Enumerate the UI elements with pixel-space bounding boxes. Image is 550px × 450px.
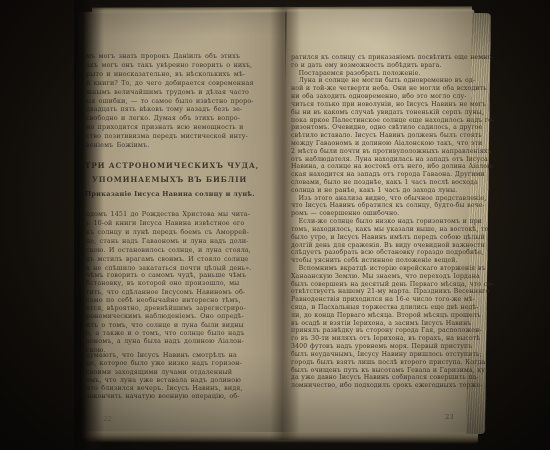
text-line: ризонтомъ. Очевидно, одно свѣтило садило… bbox=[291, 124, 471, 132]
book-photo: мъ могъ знать пророкъ Даніилъ объ этихъа… bbox=[0, 0, 550, 450]
text-line: само по себѣ необычайно интересно тѣмъ, bbox=[86, 296, 282, 304]
text-line: ломничество, ибо подходилъ срокъ ежегодн… bbox=[291, 382, 471, 390]
text-line: тить, что сдѣланное Іисусомъ Навиномъ об… bbox=[86, 288, 282, 296]
text-line: своими заходящими лучами отдаленный bbox=[86, 368, 282, 376]
text-line: двадцать пять вѣковъ тому назадъ безъ зе… bbox=[86, 105, 282, 114]
text-line: ская находится на западъ отъ города Гава… bbox=[291, 171, 471, 179]
text-line: дъ мстилъ врагамъ своимъ. И стояло солнц… bbox=[86, 255, 282, 264]
text-line: свѣтило вставало. Іисусъ Навинъ долженъ … bbox=[291, 132, 471, 140]
text-line: отвѣтствуетъ нашему 21-му марта. Праздни… bbox=[291, 288, 471, 296]
text-line: бстановку, въ которой оно произошло, мы bbox=[86, 279, 282, 287]
text-line: но приходится признать всю немощность и bbox=[86, 123, 282, 132]
text-line: це, которое было уже низко надъ горизон- bbox=[86, 359, 282, 367]
text-line: Изъ этого анализа видно, что обычное пре… bbox=[291, 195, 471, 203]
text-line: го и дать ему возможность побѣдить врага… bbox=[291, 62, 471, 70]
text-line: ромъ — совершенно ошибочно. bbox=[291, 210, 471, 218]
left-page-top-paragraph: мъ могъ знать пророкъ Даніилъ объ этихъа… bbox=[86, 52, 282, 150]
text-line: одомъ 1451 до Рождества Христова мы чита… bbox=[86, 210, 282, 219]
text-line: итъ о томъ, что солнце и луна были видны bbox=[86, 321, 282, 329]
text-line: словами, было не позднѣе, какъ 1 часъ по… bbox=[291, 179, 471, 187]
text-line: 2 мѣста были почти въ противуположныхъ н… bbox=[291, 148, 471, 156]
text-line: Равноденствія приходился на 16-е число т… bbox=[291, 296, 471, 304]
text-line: чѣмъ говорить о самомъ чудѣ, раньше чѣмъ bbox=[86, 271, 282, 279]
text-line: веніемъ Божіимъ. bbox=[86, 141, 282, 150]
text-line: жнымъ величайшимъ трудомъ и дѣлая часто bbox=[86, 88, 282, 97]
text-line: ратился къ солнцу съ приказаніемъ посвѣт… bbox=[291, 54, 471, 62]
text-line: въ осадѣ и взятіи Іерихона, а засимъ Іис… bbox=[291, 320, 471, 328]
text-line: чтобы уяснить себѣ истинное положеніе ве… bbox=[291, 257, 471, 265]
text-line: Луна и солнце не могли быть одновременно… bbox=[291, 77, 471, 85]
page-number-right: 23 bbox=[445, 413, 454, 421]
text-line: что Іисусъ Навинъ обратился къ солнцу, б… bbox=[291, 202, 471, 210]
chapter-subheading: Приказаніе Іисуса Навина солнцу и лунѣ. bbox=[85, 190, 255, 198]
right-page-text: ратился къ солнцу съ приказаніемъ посвѣт… bbox=[291, 54, 471, 390]
text-line: читься только при новолуніи, но Іисусъ Н… bbox=[291, 101, 471, 109]
text-line: ство позитивизма передъ мистической инту… bbox=[86, 132, 282, 141]
text-line: скою. И остановилось солнце, и луна стоя… bbox=[86, 246, 282, 255]
text-line: думаютъ, что Іисусъ Навинъ смотрѣлъ на bbox=[86, 351, 282, 359]
text-line: отъ наблюдателя. Луна находилась на запа… bbox=[291, 156, 471, 164]
text-line: солнца и не ранѣе, какъ 1 часъ до захода… bbox=[291, 187, 471, 195]
text-line: ъ 10-ой книги Іисуса Навина извѣстное ег… bbox=[86, 219, 282, 228]
chapter-heading-line2: УПОМИНАЕМЫХЪ ВЪ БИБЛІИ bbox=[92, 175, 247, 184]
text-line: принялъ развѣдку въ сторону города Гая, … bbox=[291, 327, 471, 335]
left-page-paragraph-2: чѣмъ говорить о самомъ чудѣ, раньше чѣмъ… bbox=[86, 271, 282, 354]
text-line: мъ могъ знать пророкъ Даніилъ объ этихъ bbox=[86, 52, 282, 61]
text-line: сяца, и Пасхальныя торжества длились еще… bbox=[291, 304, 471, 312]
text-line: 3400 футовъ надъ уровнемъ моря. Первый п… bbox=[291, 343, 471, 351]
text-line: между Гаваономъ и долиною Аіалонскою так… bbox=[291, 140, 471, 148]
text-line: рыто и иносказательно, въ нѣсколькихъ мѣ… bbox=[86, 70, 282, 79]
text-line: ется, вѣроятно, древнѣйшимъ зарегистриро… bbox=[86, 304, 282, 312]
text-line: слѣдуетъ разобрать всю обстановку горазд… bbox=[291, 249, 471, 257]
left-page-paragraph-1: одомъ 1451 до Рождества Христова мы чита… bbox=[86, 210, 282, 273]
text-line: томъ, находилось, какъ мы указали выше, … bbox=[291, 226, 471, 234]
text-line: ной и той-же четверти неба. Они не могли… bbox=[291, 85, 471, 93]
left-page-paragraph-3: думаютъ, что Іисусъ Навинъ смотрѣлъ наце… bbox=[86, 351, 282, 401]
text-line: было утро, и Іисусъ Навинъ имѣлъ передъ … bbox=[291, 234, 471, 242]
text-line: це, стань надъ Гаваономъ и луна надъ дол… bbox=[86, 237, 282, 246]
text-line: закончить начатую военную операцію, об- bbox=[86, 392, 282, 400]
text-line: ни оба заходить одновременно, ибо это мо… bbox=[291, 93, 471, 101]
text-line: былъ очищенъ путь къ высотамъ Гевала и Г… bbox=[291, 367, 471, 375]
text-line: Постараемся разобрать положеніе. bbox=[291, 70, 471, 78]
text-line: что близился вечеръ. Іисусъ Навинъ, видя… bbox=[86, 384, 282, 392]
book-bottom-page-edges bbox=[86, 431, 478, 443]
text-line: омъ, что луна уже вставала надъ долиною bbox=[86, 376, 282, 384]
text-line: ыя ошибки, — то самое было извѣстно прор… bbox=[86, 97, 282, 106]
text-line: й книги? То, до чего добирается современ… bbox=[86, 79, 282, 88]
text-line: Ханаанскую Землю. Мы знаемъ, что переход… bbox=[291, 273, 471, 281]
text-line: долгій день для сраженія. Въ виду очевид… bbox=[291, 242, 471, 250]
chapter-heading-line1: ТРИ АСТРОНОМИЧЕСКИХЪ ЧУДА, bbox=[85, 161, 259, 170]
text-line: ли, до конца Перваго мѣсяца. Второй мѣся… bbox=[291, 312, 471, 320]
text-line: былъ совершенъ на десятый день Перваго м… bbox=[291, 281, 471, 289]
text-line: о, а также и о томъ, что солнце было над… bbox=[86, 329, 282, 337]
text-line: Навина, а солнце на востокѣ отъ него, иб… bbox=[291, 163, 471, 171]
text-line: городъ былъ взятъ лишь послѣ второго при… bbox=[291, 359, 471, 367]
text-line: аономъ, а луна была надъ долиною Аіалон- bbox=[86, 337, 282, 345]
text-line: Если-же солнце было низко надъ горизонто… bbox=[291, 218, 471, 226]
text-line: да уже давно Іисусъ Навинъ собирался сов… bbox=[291, 374, 471, 382]
text-line: рономическимъ наблюденіемъ. Оно опредѣ- bbox=[86, 312, 282, 320]
text-line: свободно и легко. Думая объ этихъ вопро- bbox=[86, 114, 282, 123]
page-number-left: 22 bbox=[103, 415, 112, 423]
text-line: акъ могъ онъ такъ увѣренно говорить о ни… bbox=[86, 61, 282, 70]
text-line: пока яркое Палестинское солнце еще наход… bbox=[291, 117, 471, 125]
text-line: го въ 30-ти миляхъ отъ Іерихона, въ гора… bbox=[291, 335, 471, 343]
text-line: былъ неудачнымъ, Іисусу Навину пришлось … bbox=[291, 351, 471, 359]
text-line: Вспомнимъ вкратцѣ исторію еврейскаго вто… bbox=[291, 265, 471, 273]
text-line: къ солнцу и лунѣ передъ боемъ съ Аморрей… bbox=[86, 228, 282, 237]
text-line: бы ни въ какомъ случаѣ увидать тоненькій… bbox=[291, 109, 471, 117]
